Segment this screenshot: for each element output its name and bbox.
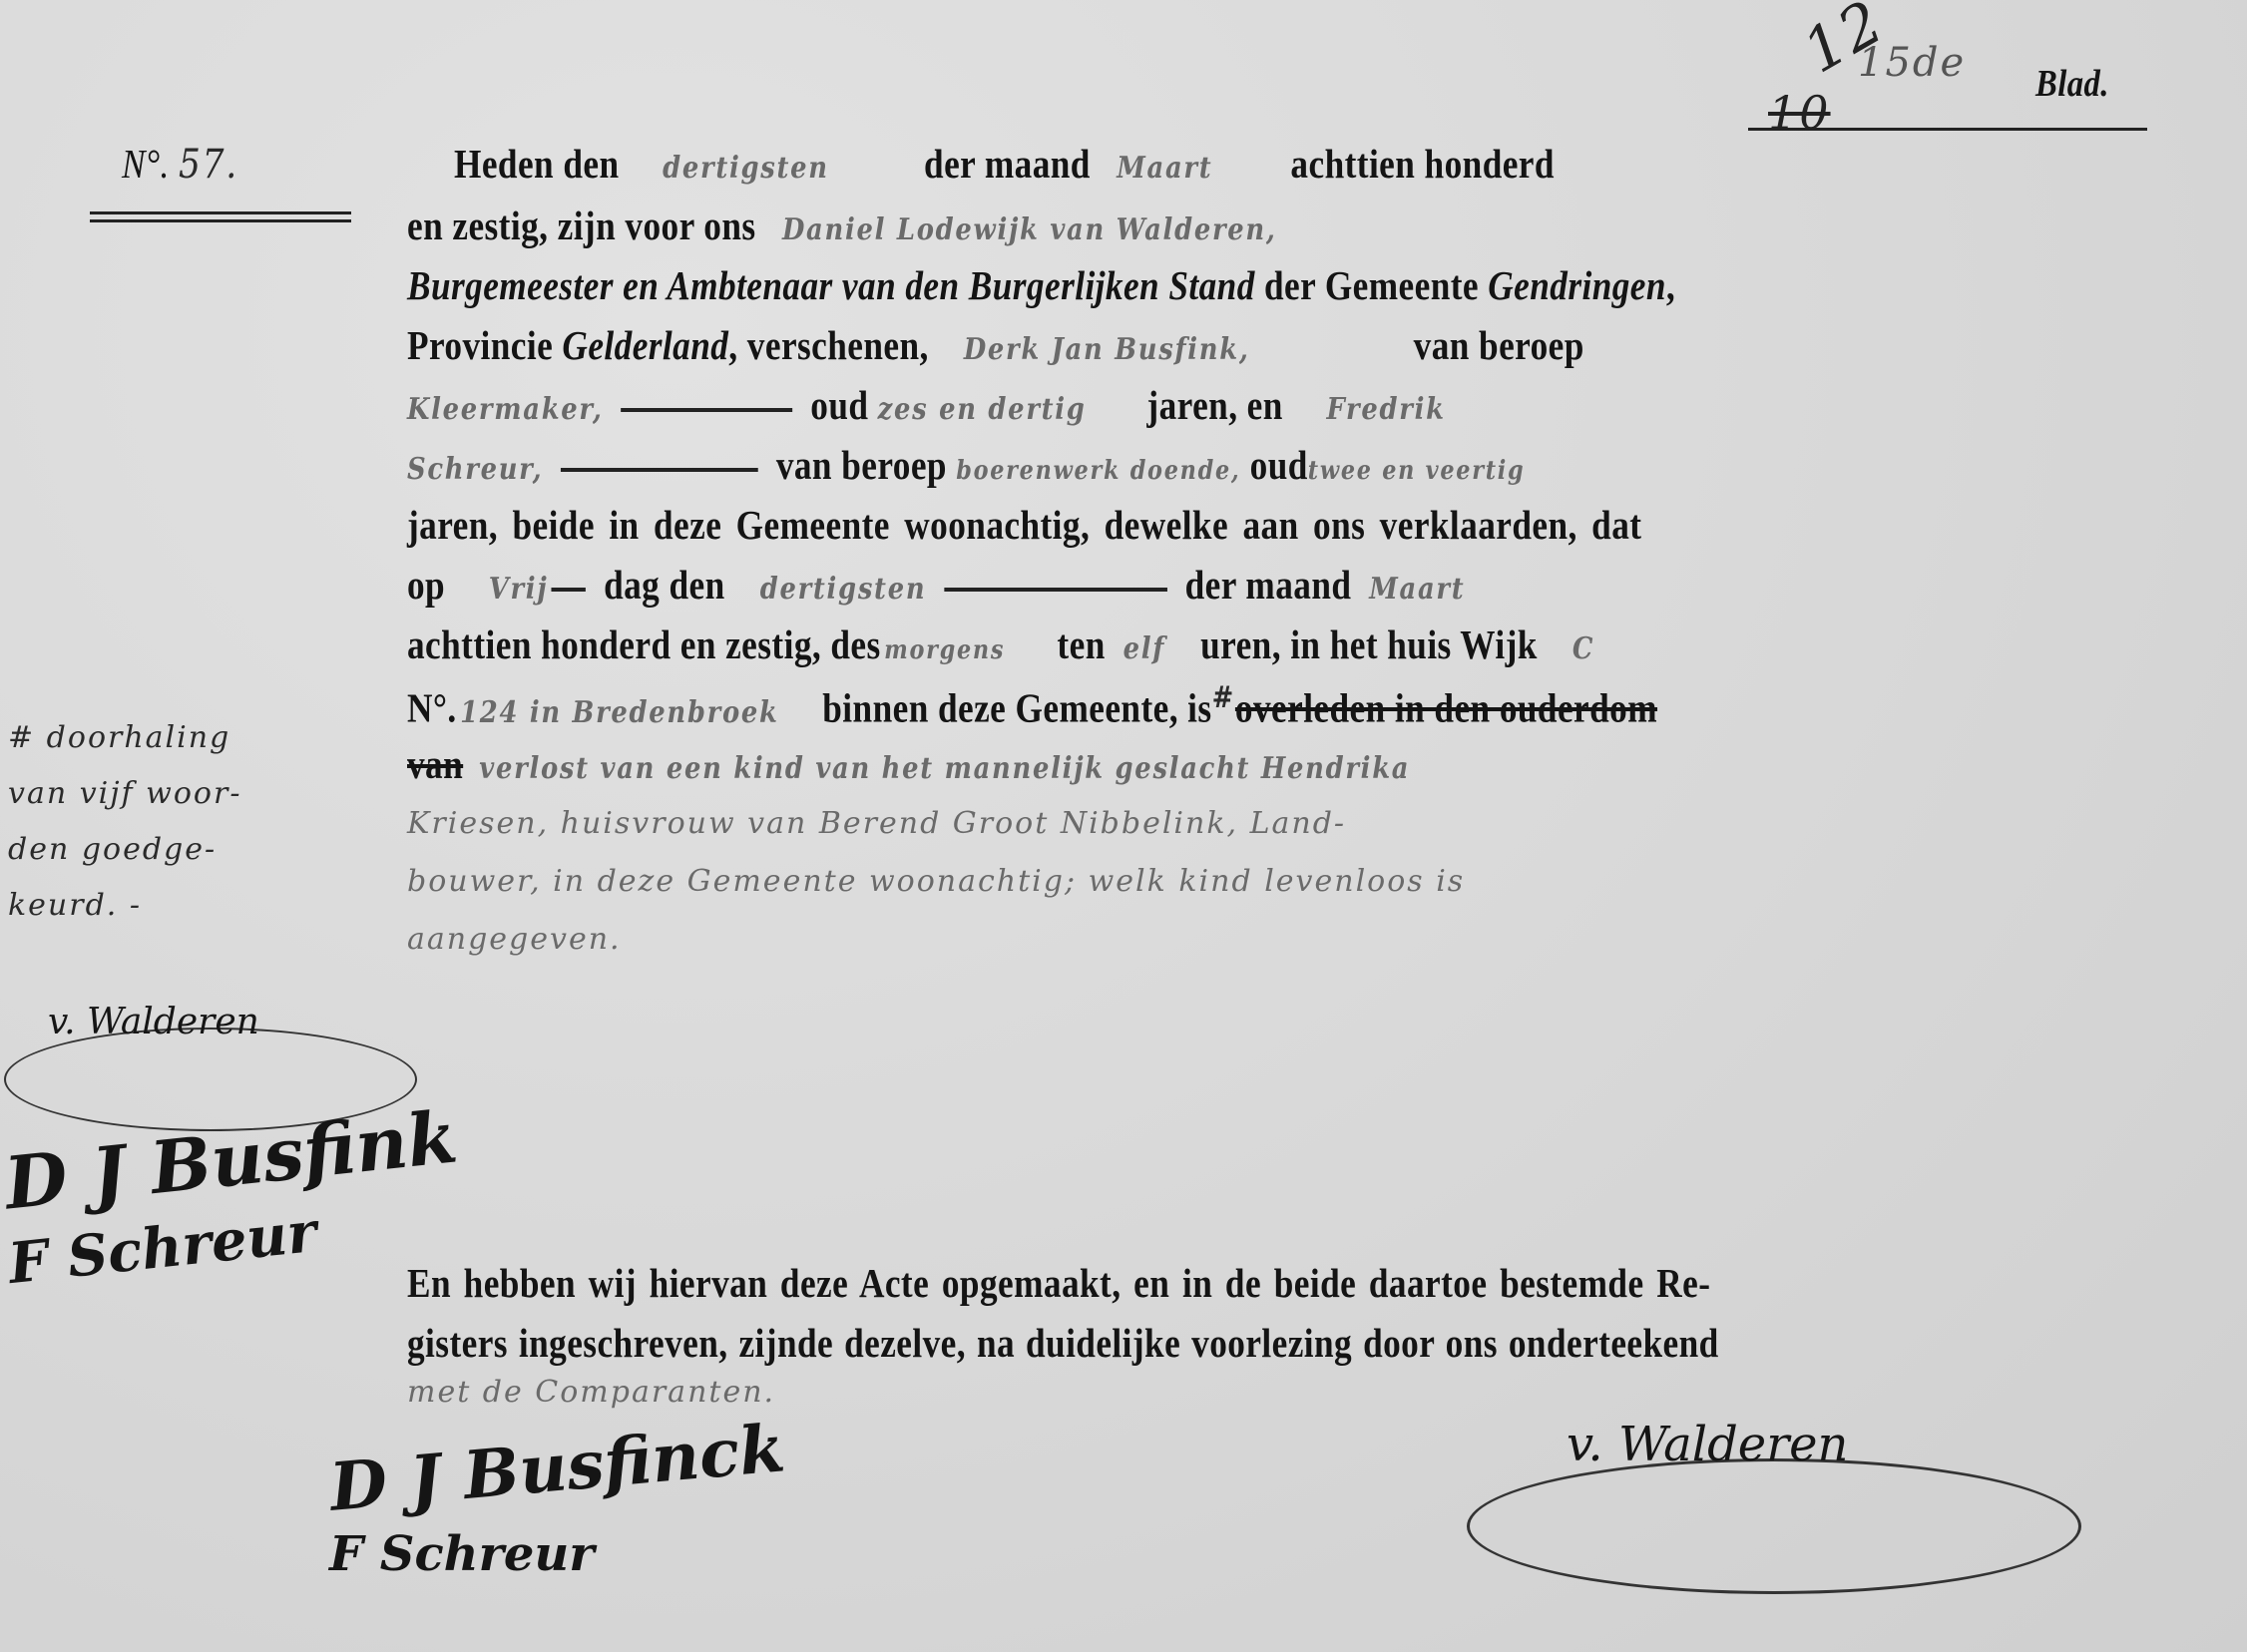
text-uren-wijk: uren, in het huis Wijk [1200, 621, 1538, 667]
text-jaren-en: jaren, en [1146, 382, 1282, 428]
hand-event-day: dertigsten [760, 572, 927, 607]
margin-note-line-4: keurd. - [8, 878, 241, 934]
hand-weekday: Vrij [489, 572, 549, 607]
act-number: N°. 57. [122, 140, 238, 188]
hand-time-of-day: morgens [884, 635, 1005, 665]
margin-note: # doorhaling van vijf woor- den goedge- … [8, 710, 241, 934]
text-year-prefix: achttien honderd [1290, 141, 1555, 187]
closing-line-2: gisters ingeschreven, zijnde dezelve, na… [407, 1319, 1719, 1367]
page-number-struck: 10 [1768, 86, 1831, 140]
act-number-double-rule [90, 211, 351, 214]
hand-event-month: Maart [1369, 572, 1465, 607]
hand-hour: elf [1123, 631, 1165, 666]
body-line-11: van verlost van een kind van het manneli… [407, 740, 1410, 788]
body-line-13: bouwer, in deze Gemeente woonachtig; wel… [407, 864, 1465, 899]
body-line-12: Kriesen, huisvrouw van Berend Groot Nibb… [407, 806, 1346, 841]
text-ten: ten [1057, 621, 1105, 667]
body-line-6: Schreur, van beroep boerenwerk doende, o… [407, 441, 1525, 489]
text-der-maand: der maand [1185, 562, 1352, 608]
struck-text: overleden in den ouderdom [1235, 685, 1657, 731]
text-der-maand: der maand [924, 141, 1091, 187]
text-dag-den: dag den [604, 562, 725, 608]
hand-day: dertigsten [663, 151, 829, 186]
body-line-8: op Vrij dag den dertigsten der maand Maa… [407, 561, 1465, 609]
text-binnen-gemeente: binnen deze Gemeente, is [822, 685, 1211, 731]
closing-line-1: En hebben wij hiervan deze Acte opgemaak… [407, 1259, 1710, 1307]
margin-note-line-3: den goedge- [8, 822, 241, 878]
text-oud: oud [810, 382, 868, 428]
header-rule [1748, 128, 2147, 131]
hand-witness-1-occupation: Kleermaker, [407, 392, 604, 427]
signature-flourish-bottom [1467, 1458, 2081, 1594]
text-van-beroep: van beroep [1414, 322, 1584, 368]
margin-note-line-2: van vijf woor- [8, 766, 241, 822]
body-line-1: Heden den dertigsten der maand Maart ach… [454, 140, 1555, 188]
text-beide-woonachtig: jaren, beide in deze Gemeente woonachtig… [407, 502, 1641, 548]
page-number: 15de [1858, 40, 1966, 86]
text-der-gemeente: der Gemeente [1264, 262, 1479, 308]
hand-event-description: verlost van een kind van het mannelijk g… [479, 751, 1410, 786]
bottom-signature-official: v. Walderen [1567, 1417, 1848, 1472]
text-heden-den: Heden den [454, 141, 620, 187]
blank-line [621, 408, 792, 412]
correction-mark: # [1212, 680, 1235, 715]
blank-line [561, 468, 758, 472]
body-line-4: Provincie Gelderland, verschenen, Derk J… [407, 321, 1584, 369]
blank-line [944, 588, 1167, 592]
body-line-2: en zestig, zijn voor ons Daniel Lodewijk… [407, 202, 1277, 249]
hand-witness-1-age: zes en dertig [878, 392, 1087, 427]
bottom-signature-witness-2: F Schreur [329, 1526, 595, 1582]
body-line-14: aangegeven. [407, 922, 622, 957]
act-number-double-rule-2 [90, 219, 351, 222]
text-comma: , [1666, 262, 1675, 308]
hand-month: Maart [1117, 151, 1212, 186]
text-oud: oud [1250, 442, 1308, 488]
hand-witness-2-surname: Schreur, [407, 452, 543, 487]
text-op: op [407, 562, 445, 608]
body-line-9: achttien honderd en zestig, desmorgens t… [407, 620, 1594, 668]
body-line-5: Kleermaker, oud zes en dertig jaren, en … [407, 381, 1446, 429]
text-year-des: achttien honderd en zestig, des [407, 621, 881, 667]
hand-house-number: 124 in Bredenbroek [460, 695, 779, 730]
margin-signature-official: v. Walderen [48, 1002, 259, 1042]
body-line-10: N°.124 in Bredenbroek binnen deze Gemeen… [407, 680, 1657, 732]
text-province-name: Gelderland [562, 322, 728, 368]
body-line-7: jaren, beide in deze Gemeente woonachtig… [407, 501, 1641, 549]
text-gemeente-name: Gendringen [1488, 262, 1666, 308]
text-van-beroep: van beroep [776, 442, 947, 488]
hand-wijk-letter: C [1573, 631, 1594, 666]
hand-witness-1-name: Derk Jan Busfink, [964, 332, 1250, 367]
text-verschenen: , verschenen, [728, 322, 928, 368]
text-burgemeester: Burgemeester en Ambtenaar van den Burger… [407, 262, 1255, 308]
act-number-label: N°. [122, 141, 170, 187]
body-line-3: Burgemeester en Ambtenaar van den Burger… [407, 261, 1675, 309]
text-provincie: Provincie [407, 322, 553, 368]
hand-witness-2-age: twee en veertig [1308, 456, 1526, 486]
blank-line [552, 588, 586, 592]
closing-hand-line: met de Comparanten. [407, 1375, 775, 1410]
bottom-signature-witness-1: D J Busfinck [326, 1409, 787, 1526]
text-no: N°. [407, 685, 457, 731]
act-number-value: 57. [179, 142, 238, 188]
margin-note-line-1: # doorhaling [8, 710, 241, 766]
text-zijn-voor-ons: en zestig, zijn voor ons [407, 203, 756, 248]
hand-witness-2-occupation: boerenwerk doende, [956, 456, 1240, 486]
page-label: Blad. [2035, 62, 2109, 106]
hand-official-name: Daniel Lodewijk van Walderen, [782, 212, 1277, 247]
struck-text-van: van [407, 741, 463, 787]
hand-witness-2-firstname: Fredrik [1326, 392, 1445, 427]
